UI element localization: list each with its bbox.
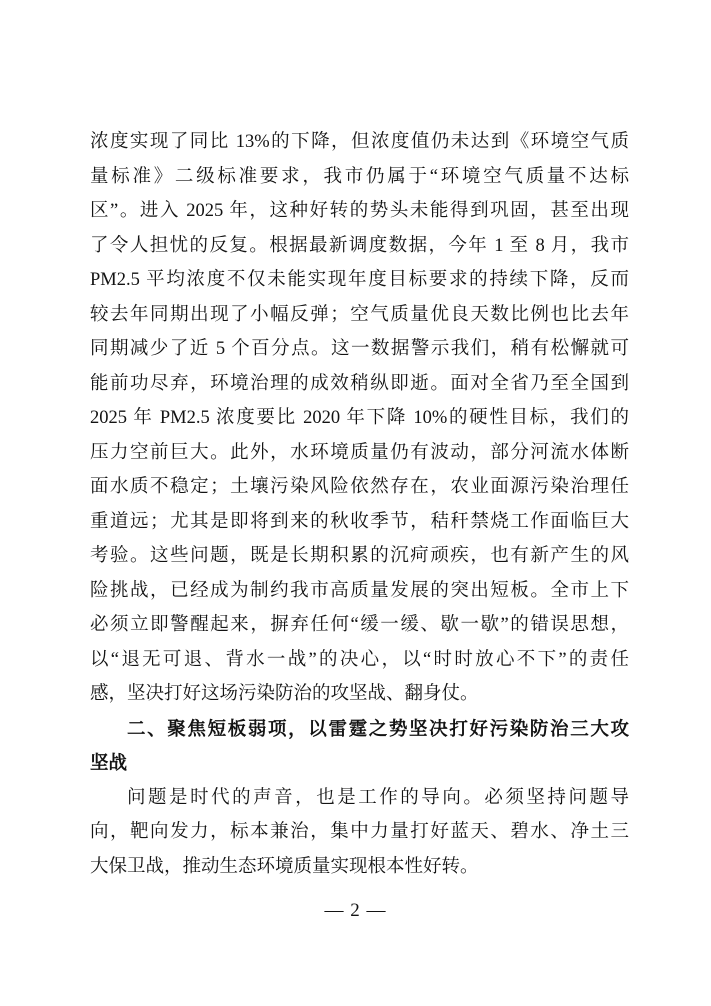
- document-line: 以“退无可退、背水一战”的决心，以“时时放心不下”的责任: [90, 643, 629, 678]
- document-line: 区”。进入 2025 年，这种好转的势头未能得到巩固，甚至出现: [90, 194, 629, 229]
- document-line: 压力空前巨大。此外，水环境质量仍有波动，部分河流水体断: [90, 436, 629, 471]
- document-line: 较去年同期出现了小幅反弹；空气质量优良天数比例也比去年: [90, 298, 629, 333]
- document-line: 必须立即警醒起来，摒弃任何“缓一缓、歇一歇”的错误思想，: [90, 608, 629, 643]
- document-line: 面水质不稳定；土壤污染风险依然存在，农业面源污染治理任: [90, 470, 629, 505]
- document-body: 浓度实现了同比 13%的下降，但浓度值仍未达到《环境空气质量标准》二级标准要求，…: [90, 125, 629, 884]
- document-line: 向，靶向发力，标本兼治，集中力量打好蓝天、碧水、净土三: [90, 815, 629, 850]
- document-line: 量标准》二级标准要求，我市仍属于“环境空气质量不达标: [90, 160, 629, 195]
- document-line: 同期减少了近 5 个百分点。这一数据警示我们，稍有松懈就可: [90, 332, 629, 367]
- section-heading-line: 二、聚焦短板弱项，以雷霆之势坚决打好污染防治三大攻: [90, 712, 629, 747]
- document-line: 大保卫战，推动生态环境质量实现根本性好转。: [90, 850, 629, 885]
- document-line: 感，坚决打好这场污染防治的攻坚战、翻身仗。: [90, 677, 629, 712]
- document-page: 浓度实现了同比 13%的下降，但浓度值仍未达到《环境空气质量标准》二级标准要求，…: [0, 0, 711, 1006]
- document-line: 了令人担忧的反复。根据最新调度数据，今年 1 至 8 月，我市: [90, 229, 629, 264]
- document-line: 重道远；尤其是即将到来的秋收季节，秸秆禁烧工作面临巨大: [90, 505, 629, 540]
- document-line: 2025 年 PM2.5 浓度要比 2020 年下降 10%的硬性目标，我们的: [90, 401, 629, 436]
- document-line: 问题是时代的声音，也是工作的导向。必须坚持问题导: [90, 781, 629, 816]
- document-line: 考验。这些问题，既是长期积累的沉疴顽疾，也有新产生的风: [90, 539, 629, 574]
- document-line: 能前功尽弃，环境治理的成效稍纵即逝。面对全省乃至全国到: [90, 367, 629, 402]
- section-heading-line: 坚战: [90, 746, 629, 781]
- page-number: — 2 —: [0, 897, 711, 925]
- document-line: 浓度实现了同比 13%的下降，但浓度值仍未达到《环境空气质: [90, 125, 629, 160]
- document-line: PM2.5 平均浓度不仅未能实现年度目标要求的持续下降，反而: [90, 263, 629, 298]
- document-line: 险挑战，已经成为制约我市高质量发展的突出短板。全市上下: [90, 574, 629, 609]
